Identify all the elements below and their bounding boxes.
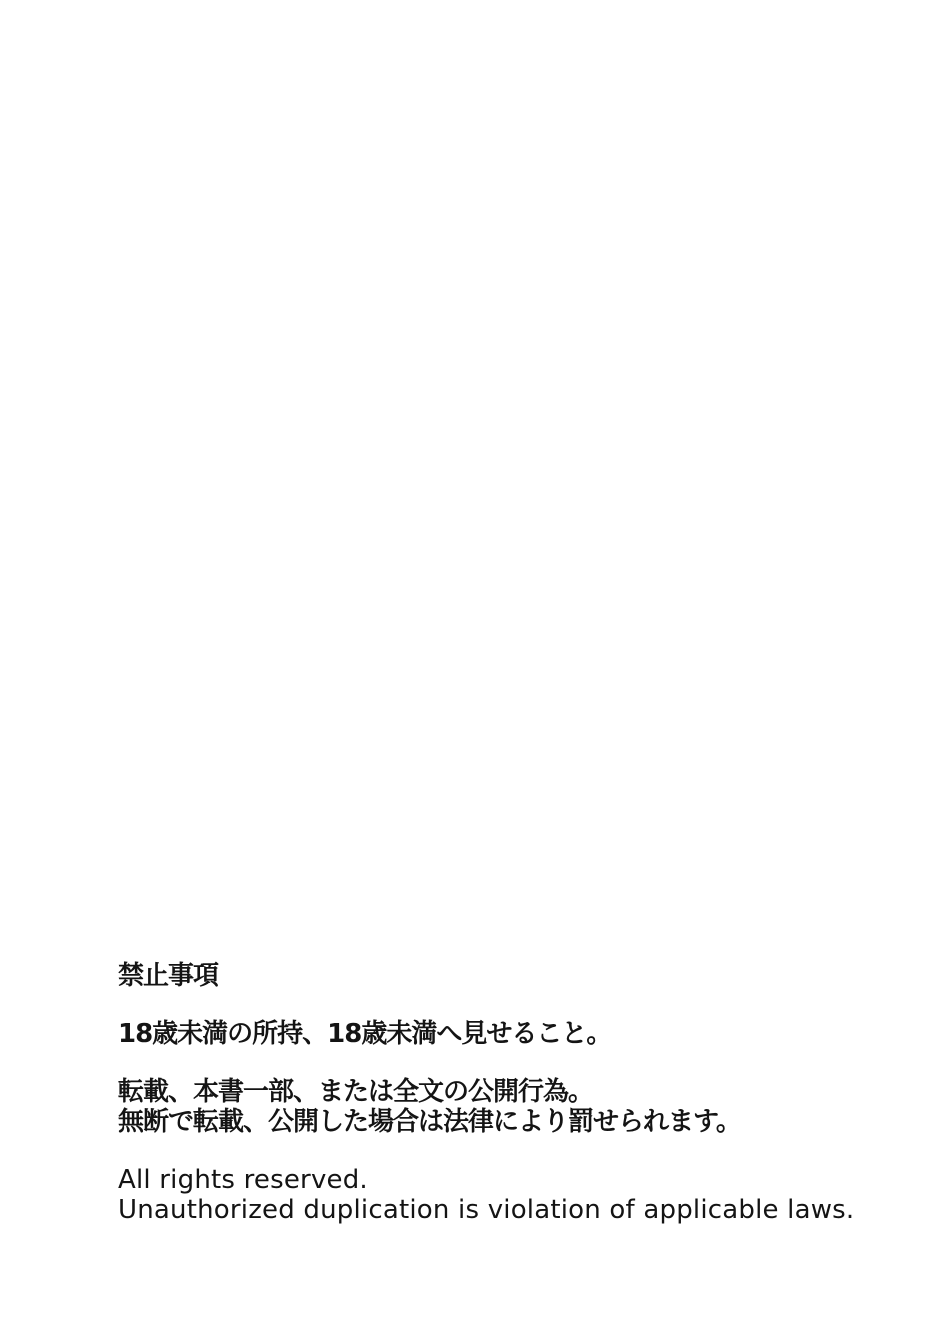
rights-notice-en-line2: Unauthorized duplication is violation of… bbox=[118, 1195, 854, 1225]
reproduction-notice: 転載、本書一部、または全文の公開行為。 無断で転載、公開した場合は法律により罰せ… bbox=[118, 1077, 854, 1137]
prohibition-heading: 禁止事項 bbox=[118, 961, 854, 991]
colophon-page: 禁止事項 18歳未満の所持、18歳未満へ見せること。 転載、本書一部、または全文… bbox=[0, 0, 950, 1341]
reproduction-notice-line2: 無断で転載、公開した場合は法律により罰せられます。 bbox=[118, 1107, 741, 1137]
reproduction-notice-line1: 転載、本書一部、または全文の公開行為。 bbox=[118, 1077, 593, 1107]
age-restriction-line: 18歳未満の所持、18歳未満へ見せること。 bbox=[118, 1019, 854, 1049]
prohibition-notice-block: 禁止事項 18歳未満の所持、18歳未満へ見せること。 転載、本書一部、または全文… bbox=[118, 961, 854, 1253]
rights-notice-en: All rights reserved. Unauthorized duplic… bbox=[118, 1165, 854, 1225]
rights-notice-en-line1: All rights reserved. bbox=[118, 1165, 368, 1195]
